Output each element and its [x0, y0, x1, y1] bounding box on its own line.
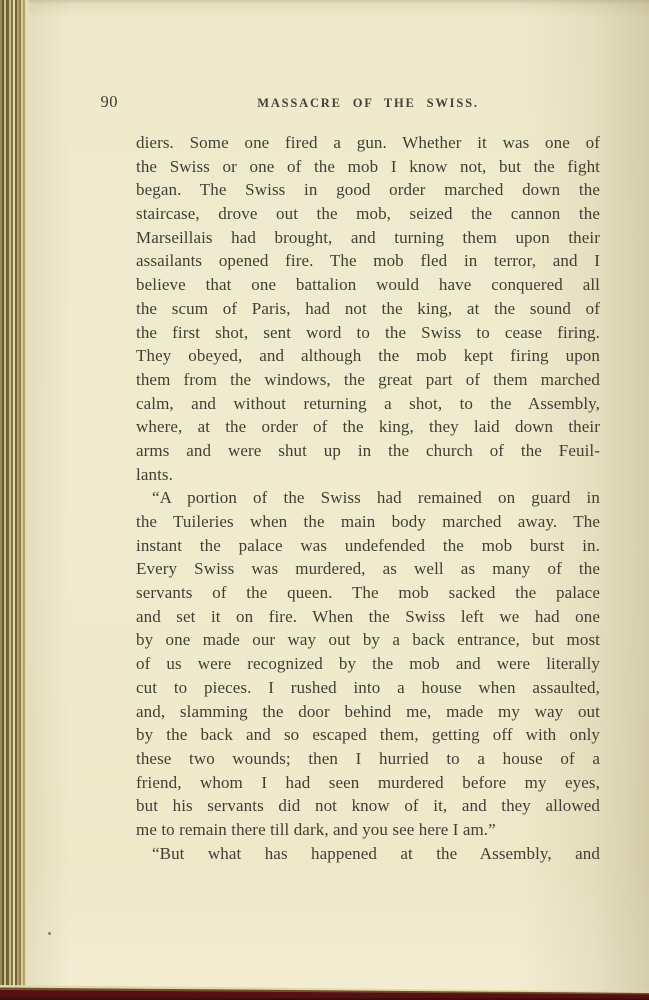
text-line: servants of the queen. The mob sacked th… — [136, 581, 600, 605]
text-line: of us were recognized by the mob and wer… — [136, 652, 600, 676]
page-number: 90 — [86, 93, 118, 111]
text-line: them from the windows, the great part of… — [136, 368, 600, 392]
text-line: cut to pieces. I rushed into a house whe… — [136, 676, 600, 700]
text-line: where, at the order of the king, they la… — [136, 415, 600, 439]
text-line: the Tuileries when the main body marched… — [136, 510, 600, 534]
text-line: “A portion of the Swiss had remained on … — [136, 486, 600, 510]
text-line: the Swiss or one of the mob I know not, … — [136, 155, 600, 179]
text-line: Marseillais had brought, and turning the… — [136, 226, 600, 250]
book-page: 90 MASSACRE OF THE SWISS. diers. Some on… — [0, 0, 649, 1000]
text-line: these two wounds; then I hurried to a ho… — [136, 747, 600, 771]
text-line: They obeyed, and although the mob kept f… — [136, 344, 600, 368]
text-line: began. The Swiss in good order marched d… — [136, 178, 600, 202]
text-line: by the back and so escaped them, getting… — [136, 723, 600, 747]
text-line: Every Swiss was murdered, as well as man… — [136, 557, 600, 581]
text-line: me to remain there till dark, and you se… — [136, 818, 600, 842]
text-column: diers. Some one fired a gun. Whether it … — [136, 131, 600, 865]
book-gutter-page-edges — [0, 0, 30, 991]
text-line: calm, and without returning a shot, to t… — [136, 392, 600, 416]
text-line: arms and were shut up in the church of t… — [136, 439, 600, 463]
text-line: the first shot, sent word to the Swiss t… — [136, 321, 600, 345]
text-line: and, slamming the door behind me, made m… — [136, 700, 600, 724]
text-line: believe that one battalion would have co… — [136, 273, 600, 297]
text-line: diers. Some one fired a gun. Whether it … — [136, 131, 600, 155]
text-line: lants. — [136, 463, 600, 487]
text-line: by one made our way out by a back entran… — [136, 628, 600, 652]
text-line: “But what has happened at the Assembly, … — [136, 842, 600, 866]
text-line: instant the palace was undefended the mo… — [136, 534, 600, 558]
paper-speck — [48, 932, 51, 935]
text-line: and set it on fire. When the Swiss left … — [136, 605, 600, 629]
text-line: friend, whom I had seen murdered before … — [136, 771, 600, 795]
text-line: but his servants did not know of it, and… — [136, 794, 600, 818]
text-line: the scum of Paris, had not the king, at … — [136, 297, 600, 321]
text-line: staircase, drove out the mob, seized the… — [136, 202, 600, 226]
book-cover-bottom-edge — [0, 978, 649, 1000]
text-line: assailants opened fire. The mob fled in … — [136, 249, 600, 273]
running-header: MASSACRE OF THE SWISS. — [136, 95, 600, 111]
